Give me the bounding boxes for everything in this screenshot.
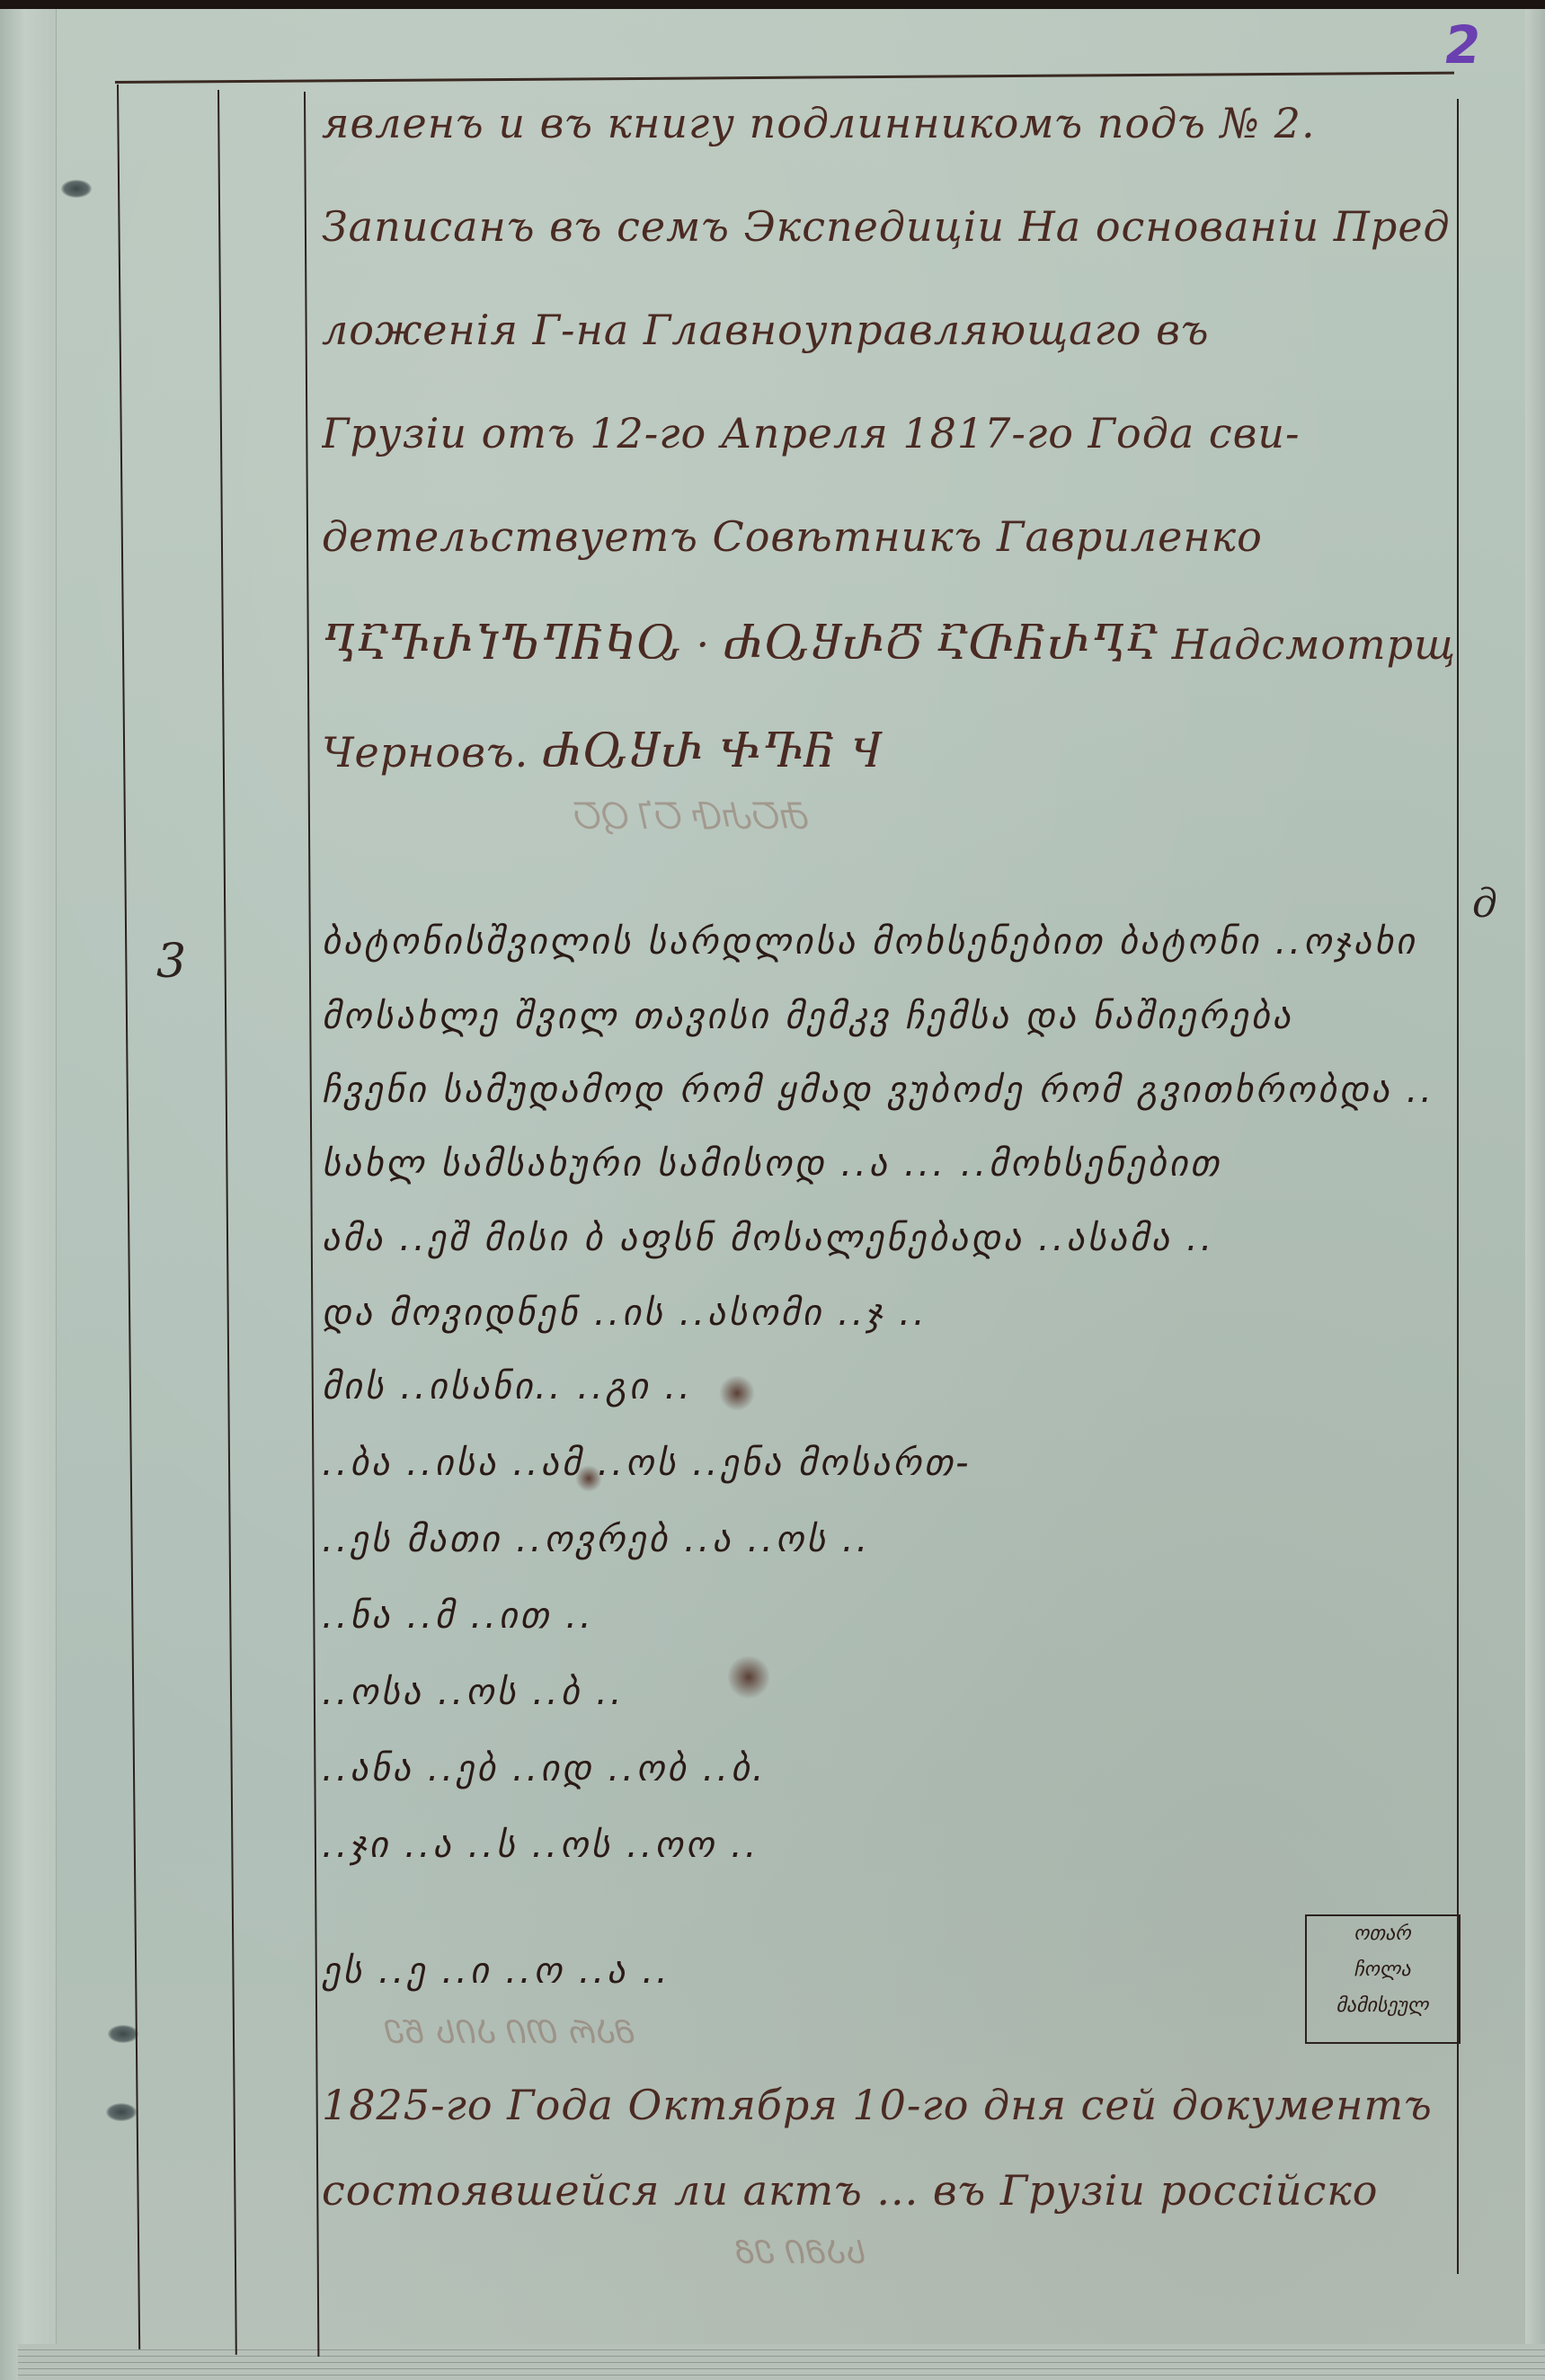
header-rule [115,72,1454,84]
signature-line: მამისეულ [1307,1988,1458,2024]
signature-box: ოთარ ჩოლა მამისეულ [1305,1914,1461,2044]
georgian-body-line: ბატონისშვილის სარდლისა მოხსენებით ბატონი… [322,921,1459,963]
russian-header-line: явленъ и въ книгу подлинникомъ подъ № 2. [322,99,1459,147]
column-rule-1 [117,84,140,2349]
signature-line: ჩოლა [1307,1952,1458,1988]
georgian-body-line: ..ანა ..ებ ..იდ ..ობ ..ბ. [322,1748,1459,1789]
ink-blot [575,1465,602,1492]
signature-line: ოთარ [1307,1916,1458,1952]
binding-hole [106,2103,137,2121]
ink-bleed-through: ႫႠႰႧ ႠႨ ႳႠ [575,800,811,837]
russian-header-line: Записанъ въ семъ Экспедиціи На основаніи… [322,202,1459,251]
georgian-body-line: ..ნა ..მ ..ით .. [322,1595,1459,1637]
ink-bleed-through: ᲛᲐᲠ ᲗᲘ ᲐᲘᲡ ᲬᲔ [386,2009,637,2053]
binding-spine [0,9,57,2380]
russian-footer-line: состоявшейся ли актъ ... въ Грузіи россі… [322,2166,1459,2215]
georgian-body-line: და მოვიდნენ ..ის ..ასომი ..ჯ .. [322,1292,1459,1334]
russian-footer-line: 1825-го Года Октября 10-го дня сей докум… [322,2081,1459,2129]
russian-header-line: ложенія Г-на Главноуправляющаго въ [322,306,1459,354]
russian-header-line: Грузіи отъ 12-го Апреля 1817-го Года сви… [322,409,1459,457]
ink-blot [728,1654,769,1701]
georgian-body-line: ..ეს მათი ..ოვრებ ..ა ..ოს .. [322,1519,1459,1560]
georgian-body-line: ეს ..ე ..ი ..ო ..ა .. [322,1950,1292,1992]
ink-blot [719,1375,755,1411]
georgian-body-line: მოსახლე შვილ თავისი მემკვ ჩემსა და ნაშიე… [322,996,1459,1037]
georgian-body-line: მის ..ისანი.. ..გი .. [322,1366,1459,1408]
russian-header-line: детельствуетъ Совѣтникъ Гавриленко [322,512,1459,561]
column-rule-3 [304,92,319,2357]
georgian-body-line: სახლ სამსახური სამისოდ ..ა ... ..მოხსენე… [322,1143,1459,1185]
ink-bleed-through: ᲡᲐᲛᲘ ᲔᲒ [737,2229,868,2273]
georgian-body-line: ..ოსა ..ოს ..ბ .. [322,1672,1459,1713]
binding-hole [108,2025,138,2043]
georgian-body-line: ამა ..ეშ მისი ბ აფსნ მოსალენებადა ..ასამ… [322,1218,1459,1259]
column-rule-2 [218,90,237,2355]
georgian-body-line: ..ჯი ..ა ..ს ..ოს ..ოო .. [322,1825,1459,1866]
margin-mark: д [1472,881,1497,927]
russian-header-line: Черновъ. ႻႭႸႰ ႵႥႬ Ⴣ [322,728,1459,777]
page-stack-edge [18,2344,1545,2380]
page-right-edge [1525,9,1545,2380]
russian-header-line: ႢႠႥႰႨႪႤႬႩႭ · ႻႭႸႰႣ ႠႧႬႰႢႠ Надсмотрщикъ [322,620,1459,669]
folio-number: 2 [1440,14,1485,75]
entry-number: 3 [156,935,186,989]
georgian-body-line: ..ბა ..ისა ..ამ ..ოს ..ენა მოსართ- [322,1443,1459,1484]
binding-hole [61,180,92,198]
manuscript-page: 2 3 д явленъ и въ книгу подлинникомъ под… [0,9,1545,2380]
georgian-body-line: ჩვენი სამუდამოდ რომ ყმად ვუბოძე რომ გვით… [322,1070,1459,1111]
